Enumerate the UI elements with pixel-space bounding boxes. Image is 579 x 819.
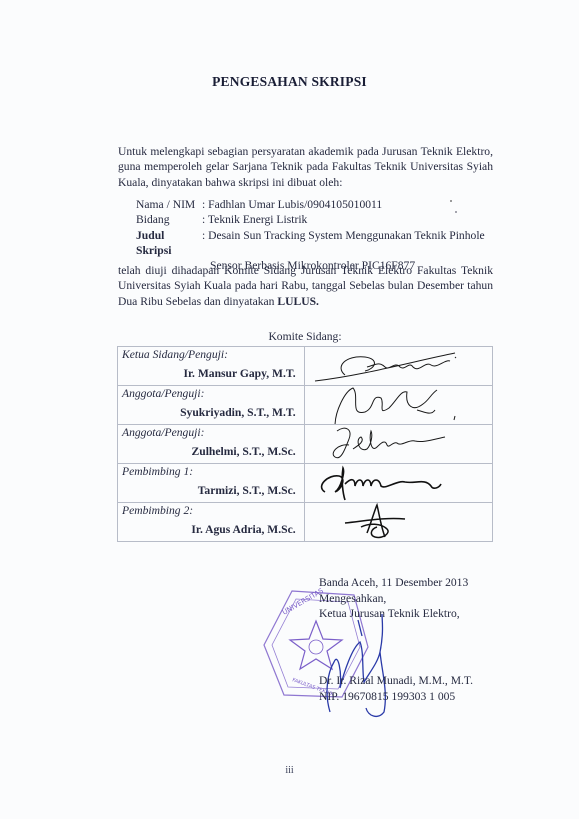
member-role: Anggota/Penguji: bbox=[118, 425, 304, 441]
thesis-label: Judul Skripsi bbox=[136, 228, 202, 259]
table-row: Pembimbing 1: Tarmizi, S.T., M.Sc. bbox=[118, 464, 493, 503]
thesis-value: : Desain Sun Tracking System Menggunakan… bbox=[202, 228, 497, 259]
member-name: Syukriyadin, S.T., M.T. bbox=[118, 402, 304, 419]
page-title: PENGESAHAN SKRIPSI bbox=[0, 74, 579, 90]
member-name: Zulhelmi, S.T., M.Sc. bbox=[118, 441, 304, 458]
member-name: Ir. Agus Adria, M.Sc. bbox=[118, 519, 304, 536]
member-role: Pembimbing 1: bbox=[118, 464, 304, 480]
name-label: Nama / NIM bbox=[136, 197, 202, 212]
statement-paragraph: telah diuji dihadapan Komite Sidang Juru… bbox=[118, 263, 493, 309]
signature-5 bbox=[305, 503, 493, 541]
table-row: Pembimbing 2: Ir. Agus Adria, M.Sc. bbox=[118, 503, 493, 542]
member-role: Anggota/Penguji: bbox=[118, 386, 304, 402]
table-row: Ketua Sidang/Penguji: Ir. Mansur Gapy, M… bbox=[118, 347, 493, 386]
approval-text: Mengesahkan, bbox=[319, 591, 468, 607]
approver-block: Dr. Ir. Rizal Munadi, M.M., M.T. NIP. 19… bbox=[319, 673, 473, 704]
signature-4 bbox=[305, 464, 493, 502]
committee-table: Ketua Sidang/Penguji: Ir. Mansur Gapy, M… bbox=[117, 346, 493, 542]
member-name: Tarmizi, S.T., M.Sc. bbox=[118, 480, 304, 497]
head-signature bbox=[318, 612, 408, 722]
table-row: Anggota/Penguji: Syukriyadin, S.T., M.T. bbox=[118, 386, 493, 425]
scan-speck bbox=[448, 198, 460, 218]
member-role: Pembimbing 2: bbox=[118, 503, 304, 519]
member-role: Ketua Sidang/Penguji: bbox=[118, 347, 304, 363]
approver-nip: NIP. 19670815 199303 1 005 bbox=[319, 689, 473, 705]
table-row: Anggota/Penguji: Zulhelmi, S.T., M.Sc. bbox=[118, 425, 493, 464]
signature-1 bbox=[305, 347, 493, 385]
committee-heading: Komite Sidang: bbox=[0, 330, 579, 343]
approver-name: Dr. Ir. Rizal Munadi, M.M., M.T. bbox=[319, 673, 473, 689]
field-label: Bidang bbox=[136, 212, 202, 227]
place-date: Banda Aceh, 11 Desember 2013 bbox=[319, 575, 468, 591]
intro-paragraph: Untuk melengkapi sebagian persyaratan ak… bbox=[118, 144, 493, 190]
member-name: Ir. Mansur Gapy, M.T. bbox=[118, 363, 304, 380]
page-number: iii bbox=[0, 765, 579, 776]
signature-2 bbox=[305, 386, 493, 424]
signature-3 bbox=[305, 425, 493, 463]
result-text: LULUS. bbox=[277, 295, 319, 308]
